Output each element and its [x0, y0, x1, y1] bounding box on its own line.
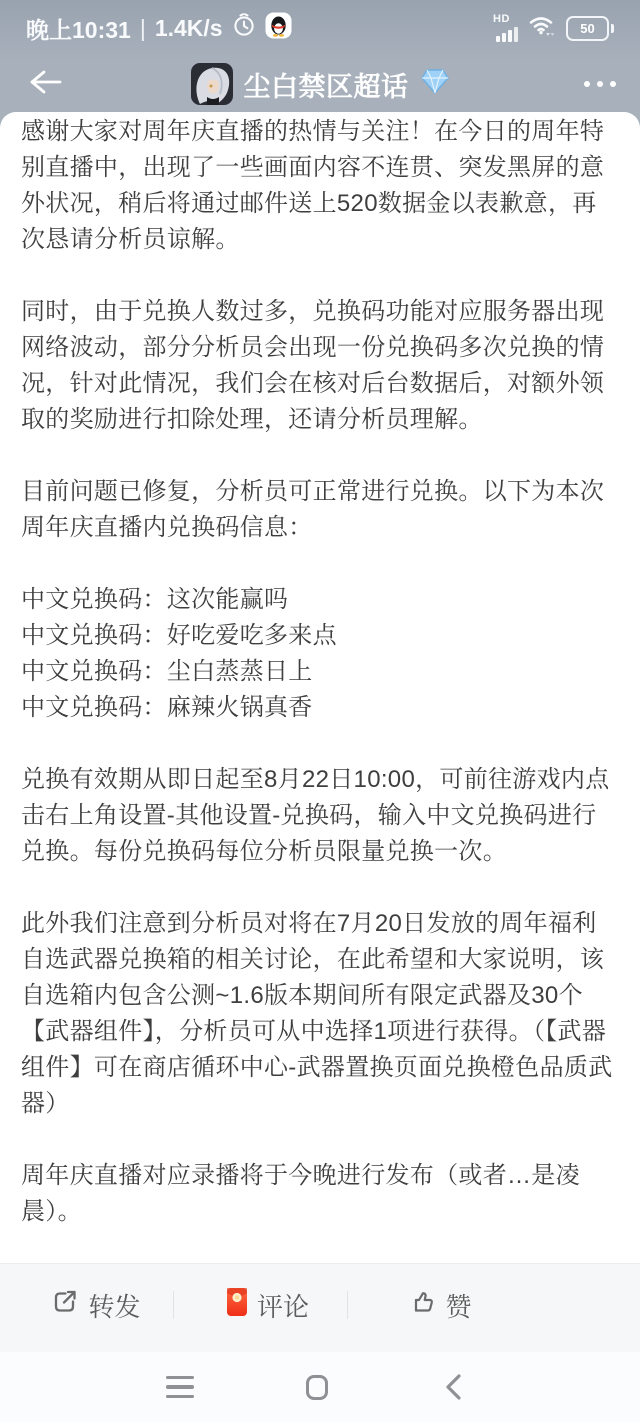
status-time: 晚上10:31: [26, 12, 131, 45]
status-left: 晚上10:31 | 1.4K/s: [26, 12, 292, 45]
post-paragraph: 兑换有效期从即日起至8月22日10:00，可前往游戏内点击右上角设置-其他设置-…: [21, 762, 619, 870]
battery-level: 50: [580, 21, 594, 36]
thumbs-up-icon: [408, 1288, 435, 1322]
page-title[interactable]: 尘白禁区超话: [244, 65, 409, 104]
like-button[interactable]: 赞: [408, 1274, 471, 1336]
post-action-bar: 转发 评论: [0, 1263, 640, 1352]
hd-volte-label: HD: [493, 14, 510, 25]
post-paragraph: 同时，由于兑换人数过多，兑换码功能对应服务器出现网络波动，部分分析员会出现一份兑…: [21, 294, 619, 438]
alarm-icon: [232, 12, 256, 44]
comment-label: 评论: [257, 1287, 309, 1324]
post-scroll-area[interactable]: 感谢大家对周年庆直播的热情与关注！在今日的周年特别直播中，出现了一些画面内容不连…: [0, 112, 640, 1263]
status-separator: |: [140, 15, 146, 42]
comment-button[interactable]: 评论: [227, 1274, 309, 1336]
redeem-code-line: 中文兑换码：这次能赢吗: [21, 582, 619, 618]
redeem-code-line: 中文兑换码：麻辣火锅真香: [21, 690, 619, 726]
header-right: [546, 81, 616, 87]
post-paragraph: 感谢大家对周年庆直播的热情与关注！在今日的周年特别直播中，出现了一些画面内容不连…: [21, 114, 619, 258]
phone-screen: 晚上10:31 | 1.4K/s: [0, 0, 640, 1422]
system-nav-bar: [0, 1352, 640, 1422]
qq-icon: [265, 12, 292, 45]
status-right: HD 50: [493, 14, 614, 43]
gem-icon: [420, 68, 450, 100]
like-label: 赞: [445, 1287, 471, 1324]
action-bar-divider: [173, 1291, 174, 1319]
repost-button[interactable]: 转发: [51, 1274, 140, 1336]
avatar[interactable]: [191, 63, 233, 105]
more-options-icon[interactable]: [584, 81, 616, 87]
wifi-icon: [528, 14, 556, 43]
redeem-code-list: 中文兑换码：这次能赢吗 中文兑换码：好吃爱吃多来点 中文兑换码：尘白蒸蒸日上 中…: [21, 582, 619, 726]
redeem-code-line: 中文兑换码：好吃爱吃多来点: [21, 618, 619, 654]
action-bar-divider: [347, 1291, 348, 1319]
repost-label: 转发: [88, 1287, 140, 1324]
repost-icon: [51, 1288, 78, 1322]
nav-back-icon[interactable]: [443, 1352, 463, 1422]
nav-home-icon[interactable]: [306, 1352, 328, 1422]
nav-menu-icon[interactable]: [166, 1352, 194, 1422]
post-paragraph: 此外我们注意到分析员对将在7月20日发放的周年福利自选武器兑换箱的相关讨论，在此…: [21, 906, 619, 1122]
status-bar: 晚上10:31 | 1.4K/s: [0, 0, 640, 56]
header-left: [24, 67, 94, 102]
status-network-speed: 1.4K/s: [155, 15, 223, 42]
battery-icon: 50: [566, 16, 614, 41]
back-arrow-icon[interactable]: [24, 67, 64, 102]
red-envelope-comment-icon: [227, 1288, 247, 1323]
cellular-signal-icon: HD: [493, 14, 518, 42]
post-paragraph: 目前问题已修复，分析员可正常进行兑换。以下为本次周年庆直播内兑换码信息：: [21, 474, 619, 546]
supertopic-header[interactable]: 尘白禁区超话: [94, 63, 546, 105]
app-header: 尘白禁区超话: [0, 56, 640, 112]
redeem-code-line: 中文兑换码：尘白蒸蒸日上: [21, 654, 619, 690]
post-paragraph: 周年庆直播对应录播将于今晚进行发布（或者…是凌晨）。: [21, 1158, 619, 1230]
